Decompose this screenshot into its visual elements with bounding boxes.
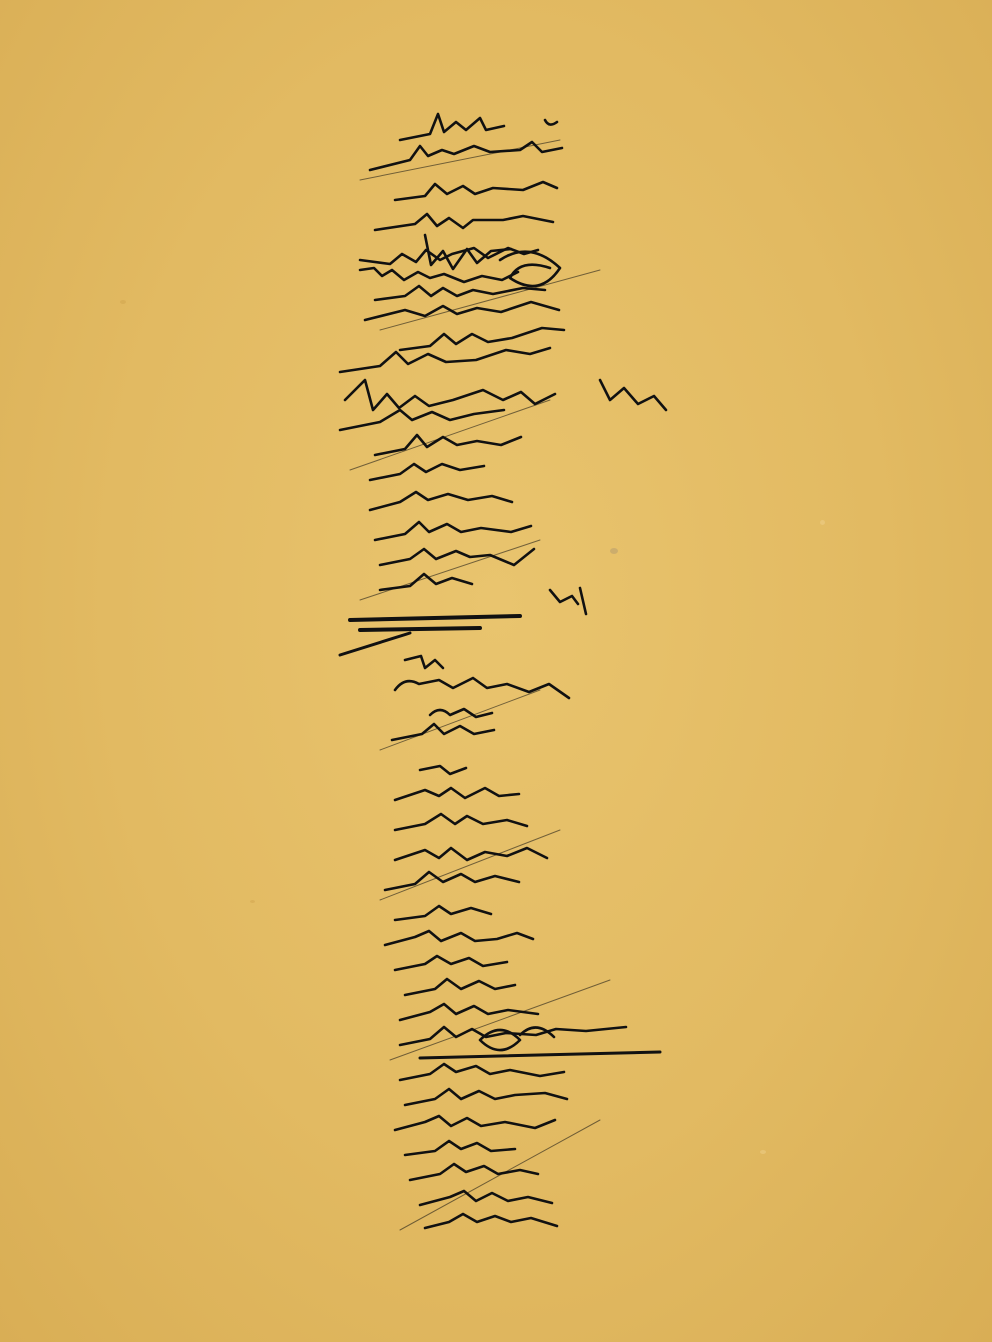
paper-background (0, 0, 992, 1342)
ink-scribble-column (0, 0, 992, 1342)
